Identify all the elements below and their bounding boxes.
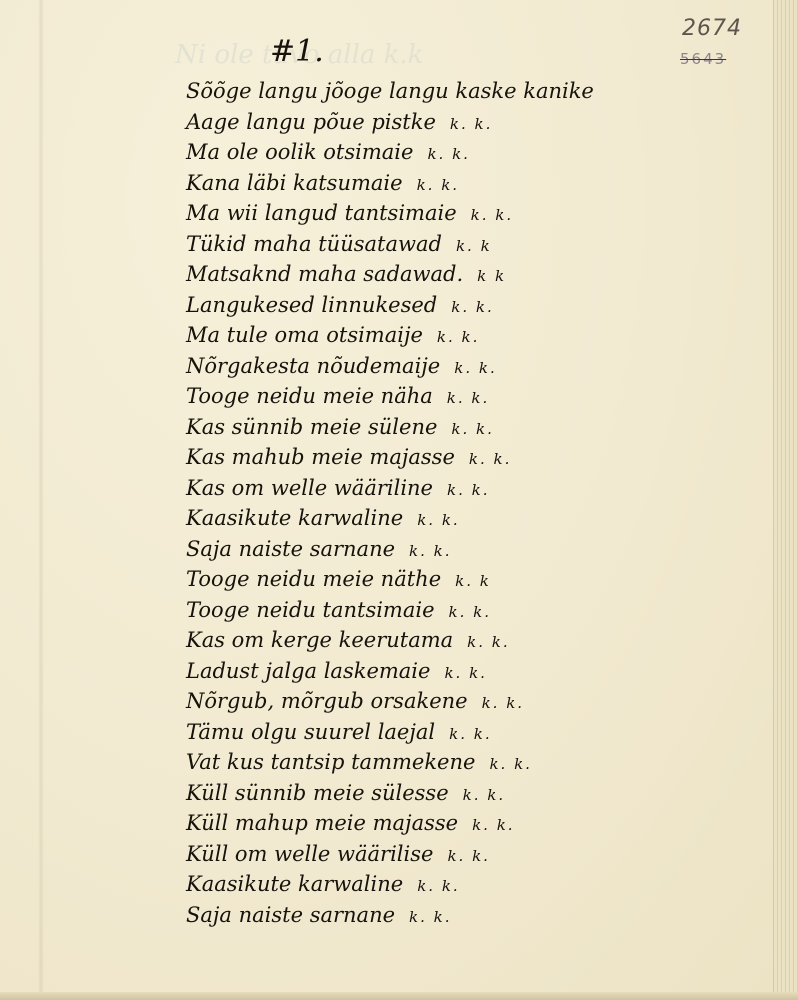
song-line: Küll mahup meie majassek. k. (186, 808, 608, 839)
refrain-abbrev: k. k. (454, 359, 496, 377)
song-number-heading: #1. (270, 34, 324, 69)
line-text: Matsaknd maha sadawad. (186, 262, 463, 286)
refrain-abbrev: k. k. (444, 664, 486, 682)
old-archive-number-struck: 5643 (680, 50, 726, 68)
refrain-abbrev: k. k. (417, 511, 459, 529)
refrain-abbrev: k. k. (467, 633, 509, 651)
refrain-abbrev: k. k. (437, 328, 479, 346)
refrain-abbrev: k. k. (482, 694, 524, 712)
line-text: Ladust jalga laskemaie (186, 659, 430, 683)
line-text: Saja naiste sarnane (186, 903, 395, 927)
page-fold-shadow (38, 0, 44, 1000)
song-line: Kana läbi katsumaiek. k. (186, 168, 608, 199)
refrain-abbrev: k. k. (409, 542, 451, 560)
refrain-abbrev: k. k. (417, 877, 459, 895)
song-line: Kas om welle wäärilinek. k. (186, 473, 608, 504)
song-line: Kas sünnib meie sülenek. k. (186, 412, 608, 443)
line-text: Küll om welle wäärilise (186, 842, 433, 866)
refrain-abbrev: k. k. (417, 176, 459, 194)
line-text: Kas mahub meie majasse (186, 445, 455, 469)
line-text: Ma wii langud tantsimaie (186, 201, 457, 225)
refrain-abbrev: k. k. (450, 115, 492, 133)
line-text: Tämu olgu suurel laejal (186, 720, 435, 744)
song-lines: Sõõge langu jõoge langu kaske kanike Aag… (186, 76, 608, 930)
line-text: Nõrgub, mõrgub orsakene (186, 689, 468, 713)
line-text: Ma tule oma otsimaije (186, 323, 423, 347)
refrain-abbrev: k. k. (472, 816, 514, 834)
line-text: Saja naiste sarnane (186, 537, 395, 561)
refrain-abbrev: k. k. (409, 908, 451, 926)
line-text: Tooge neidu tantsimaie (186, 598, 435, 622)
refrain-abbrev: k. k. (469, 450, 511, 468)
manuscript-page: Ni ole tüvo alla k.k 2674 5643 #1. Sõõge… (0, 0, 798, 1000)
line-text: Kas om kerge keerutama (186, 628, 453, 652)
line-text: Tükid maha tüüsatawad (186, 232, 442, 256)
line-text: Vat kus tantsip tammekene (186, 750, 475, 774)
refrain-abbrev: k. k. (427, 145, 469, 163)
line-text: Tooge neidu meie näha (186, 384, 433, 408)
refrain-abbrev: k. k. (451, 298, 493, 316)
song-line: Kaasikute karwalinek. k. (186, 503, 608, 534)
song-line: Ma tule oma otsimaijek. k. (186, 320, 608, 351)
refrain-abbrev: k. k (455, 572, 491, 590)
refrain-abbrev: k. k. (449, 725, 491, 743)
song-line: Küll om welle wäärilisek. k. (186, 839, 608, 870)
refrain-abbrev: k. k. (449, 603, 491, 621)
line-text: Kaasikute karwaline (186, 872, 403, 896)
page-stack-edges (773, 0, 798, 1000)
line-text: Küll sünnib meie sülesse (186, 781, 449, 805)
song-line: Kas om kerge keerutamak. k. (186, 625, 608, 656)
song-line: Ladust jalga laskemaiek. k. (186, 656, 608, 687)
refrain-abbrev: k. k. (471, 206, 513, 224)
line-text: Tooge neidu meie näthe (186, 567, 441, 591)
song-line: Kaasikute karwalinek. k. (186, 869, 608, 900)
line-text: Sõõge langu jõoge langu kaske kanike (186, 79, 594, 103)
line-text: Kana läbi katsumaie (186, 171, 403, 195)
line-text: Nõrgakesta nõudemaije (186, 354, 440, 378)
song-line: Sõõge langu jõoge langu kaske kanike (186, 76, 608, 107)
song-line: Nõrgub, mõrgub orsakenek. k. (186, 686, 608, 717)
song-line: Tooge neidu meie nähak. k. (186, 381, 608, 412)
song-line: Ma ole oolik otsimaiek. k. (186, 137, 608, 168)
song-line: Kas mahub meie majassek. k. (186, 442, 608, 473)
refrain-abbrev: k. k. (463, 786, 505, 804)
song-line: Vat kus tantsip tammekenek. k. (186, 747, 608, 778)
song-line: Nõrgakesta nõudemaijek. k. (186, 351, 608, 382)
refrain-abbrev: k. k. (447, 847, 489, 865)
refrain-abbrev: k. k (456, 237, 492, 255)
song-line: Küll sünnib meie sülessek. k. (186, 778, 608, 809)
refrain-abbrev: k. k. (489, 755, 531, 773)
refrain-abbrev: k. k. (447, 481, 489, 499)
song-line: Aage langu põue pistkek. k. (186, 107, 608, 138)
song-line: Tükid maha tüüsatawadk. k (186, 229, 608, 260)
refrain-abbrev: k. k. (451, 420, 493, 438)
refrain-abbrev: k. k. (447, 389, 489, 407)
song-line: Tooge neidu tantsimaiek. k. (186, 595, 608, 626)
line-text: Kas om welle wääriline (186, 476, 433, 500)
line-text: Langukesed linnukesed (186, 293, 437, 317)
song-line: Tämu olgu suurel laejalk. k. (186, 717, 608, 748)
line-text: Küll mahup meie majasse (186, 811, 458, 835)
song-line: Tooge neidu meie näthek. k (186, 564, 608, 595)
song-line: Ma wii langud tantsimaiek. k. (186, 198, 608, 229)
song-line: Langukesed linnukesedk. k. (186, 290, 608, 321)
line-text: Ma ole oolik otsimaie (186, 140, 413, 164)
song-line: Matsaknd maha sadawad.k k (186, 259, 608, 290)
line-text: Kaasikute karwaline (186, 506, 403, 530)
song-line: Saja naiste sarnanek. k. (186, 534, 608, 565)
refrain-abbrev: k k (477, 267, 506, 285)
song-line: Saja naiste sarnanek. k. (186, 900, 608, 931)
line-text: Kas sünnib meie sülene (186, 415, 437, 439)
line-text: Aage langu põue pistke (186, 110, 436, 134)
page-bottom-edge (0, 992, 798, 1000)
archive-number: 2674 (682, 16, 742, 41)
